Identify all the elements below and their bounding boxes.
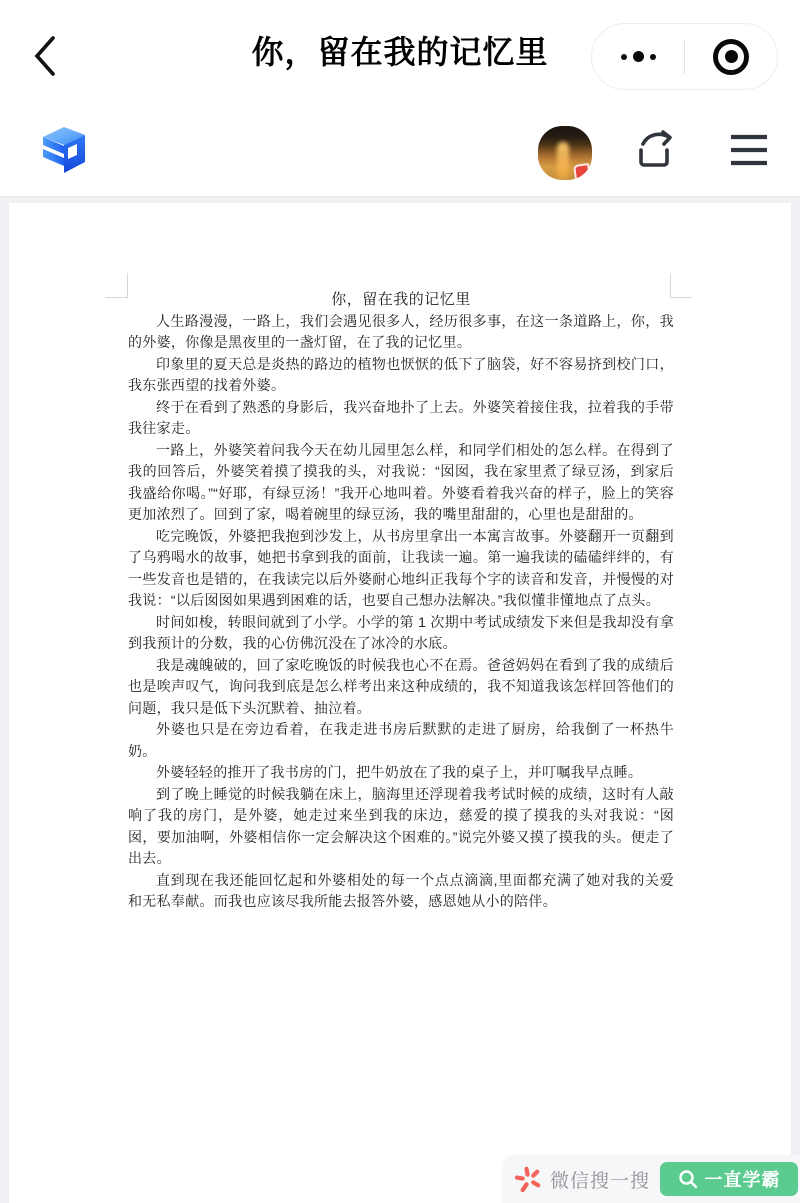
- magnifier-icon: [678, 1169, 698, 1189]
- flag-badge-icon: [573, 163, 591, 180]
- document-paragraph: 印象里的夏天总是炎热的路边的植物也恹恹的低下了脑袋，好不容易挤到校门口，我东张西…: [128, 354, 674, 397]
- wechat-search-widget: 微信搜一搜 一直学霸: [502, 1155, 800, 1203]
- app-toolbar: [0, 100, 800, 197]
- share-button[interactable]: [634, 128, 678, 172]
- three-dots-icon: [621, 54, 627, 60]
- document-paragraph: 到了晚上睡觉的时候我躺在床上，脑海里还浮现着我考试时候的成绩，这时有人敲响了我的…: [128, 784, 674, 870]
- document-title: 你，留在我的记忆里: [128, 289, 674, 311]
- document-paragraph: 直到现在我还能回忆起和外婆相处的每一个点点滴滴,里面都充满了她对我的关爱和无私奉…: [128, 870, 674, 913]
- more-button[interactable]: [592, 24, 684, 89]
- target-circle-icon: [713, 39, 749, 75]
- document-paragraph: 外婆轻轻的推开了我书房的门，把牛奶放在了我的桌子上，并叮嘱我早点睡。: [128, 762, 674, 784]
- document-paragraph: 吃完晚饭，外婆把我抱到沙发上，从书房里拿出一本寓言故事。外婆翻开一页翻到了乌鸦喝…: [128, 526, 674, 612]
- blue-cube-logo: [31, 120, 87, 176]
- share-arrow-icon: [634, 128, 678, 172]
- document-paragraphs: 人生路漫漫，一路上，我们会遇见很多人，经历很多事，在这一条道路上，你，我的外婆，…: [128, 311, 674, 913]
- document-body: 你，留在我的记忆里 人生路漫漫，一路上，我们会遇见很多人，经历很多事，在这一条道…: [128, 289, 674, 913]
- document-paragraph: 时间如梭，转眼间就到了小学。小学的第 1 次期中考试成绩发下来但是我却没有拿到我…: [128, 612, 674, 655]
- search-keyword-button[interactable]: 一直学霸: [660, 1162, 798, 1196]
- miniprogram-capsule: [591, 23, 778, 90]
- hamburger-menu-icon: [728, 130, 770, 170]
- document-paragraph: 我是魂魄破的，回了家吃晚饭的时候我也心不在焉。爸爸妈妈在看到了我的成绩后也是唉声…: [128, 655, 674, 720]
- search-widget-label: 微信搜一搜: [550, 1166, 650, 1193]
- search-keyword-label: 一直学霸: [705, 1166, 781, 1192]
- menu-button[interactable]: [728, 130, 770, 170]
- document-paragraph: 外婆也只是在旁边看着，在我走进书房后默默的走进了厨房，给我倒了一杯热牛奶。: [128, 719, 674, 762]
- close-miniprogram-button[interactable]: [685, 24, 777, 89]
- user-avatar[interactable]: [538, 126, 592, 180]
- wechat-search-spark-icon: [515, 1166, 542, 1193]
- nav-bar: 你，留在我的记忆里: [0, 0, 800, 100]
- document-paragraph: 人生路漫漫，一路上，我们会遇见很多人，经历很多事，在这一条道路上，你，我的外婆，…: [128, 311, 674, 354]
- document-page[interactable]: 你，留在我的记忆里 人生路漫漫，一路上，我们会遇见很多人，经历很多事，在这一条道…: [9, 203, 791, 1203]
- document-paragraph: 一路上，外婆笑着问我今天在幼儿园里怎么样，和同学们相处的怎么样。在得到了我的回答…: [128, 440, 674, 526]
- margin-corner-mark-left: [105, 273, 128, 298]
- document-paragraph: 终于在看到了熟悉的身影后，我兴奋地扑了上去。外婆笑着接住我，拉着我的手带我往家走…: [128, 397, 674, 440]
